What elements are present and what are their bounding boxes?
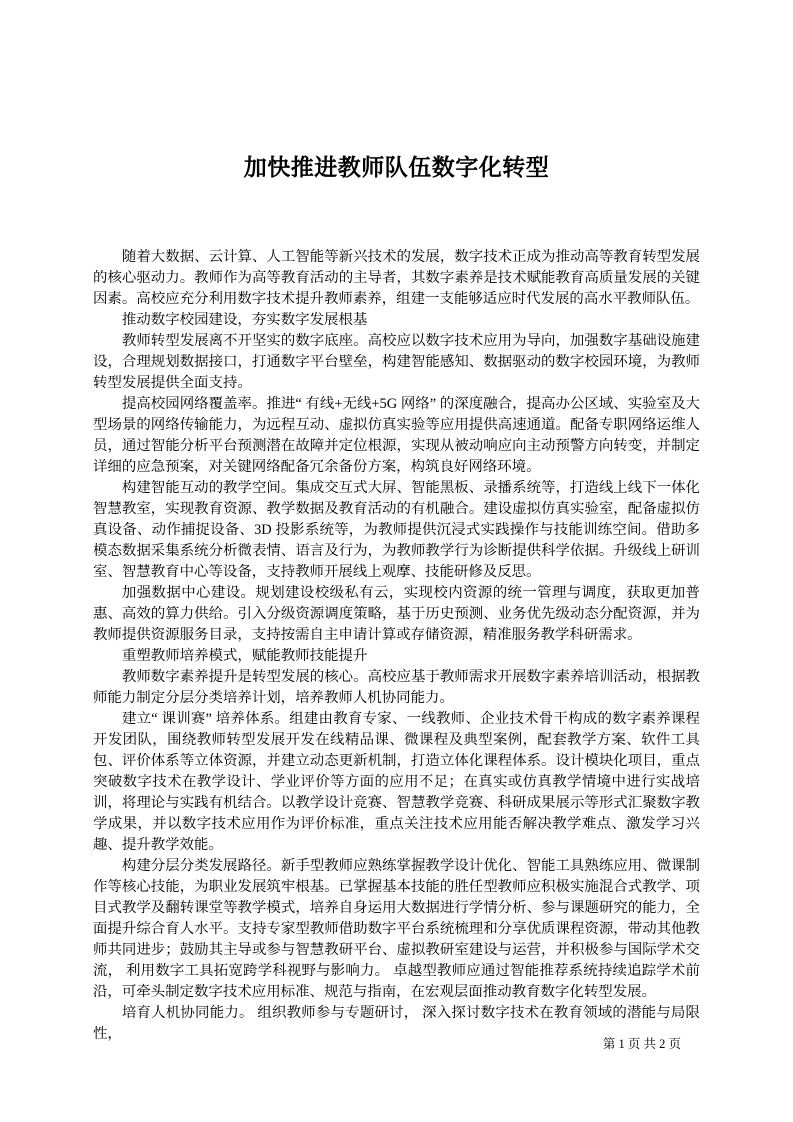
- paragraph-digital-literacy: 教师数字素养提升是转型发展的核心。高校应基于教师需求开展数字素养培训活动，根据教…: [93, 667, 700, 709]
- paragraph-smart-teaching-space: 构建智能互动的教学空间。集成交互式大屏、智能黑板、录播系统等，打造线上线下一体化…: [93, 478, 700, 583]
- paragraph-network-coverage: 提高校园网络覆盖率。推进“ 有线+无线+5G 网络” 的深度融合，提高办公区域、…: [93, 394, 700, 478]
- section-heading-digital-campus: 推动数字校园建设，夯实数字发展根基: [93, 310, 700, 331]
- paragraph-data-center: 加强数据中心建设。规划建设校级私有云，实现校内资源的统一管理与调度，获取更加普惠…: [93, 583, 700, 646]
- paragraph-digital-foundation: 教师转型发展离不开坚实的数字底座。高校应以数字技术应用为导向，加强数字基础设施建…: [93, 331, 700, 394]
- page-number-indicator: 第 1 页 共 2 页: [603, 1036, 681, 1052]
- document-title: 加快推进教师队伍数字化转型: [0, 153, 793, 183]
- document-page: 加快推进教师队伍数字化转型 随着大数据、云计算、人工智能等新兴技术的发展，数字技…: [0, 0, 793, 1122]
- section-heading-teacher-training: 重塑教师培养模式，赋能教师技能提升: [93, 646, 700, 667]
- document-body: 随着大数据、云计算、人工智能等新兴技术的发展，数字技术正成为推动高等教育转型发展…: [93, 247, 700, 1045]
- paragraph-training-system: 建立“ 课训赛” 培养体系。组建由教育专家、一线教师、企业技术骨干构成的数字素养…: [93, 709, 700, 856]
- paragraph-development-path: 构建分层分类发展路径。新手型教师应熟练掌握教学设计优化、智能工具熟练应用、微课制…: [93, 856, 700, 1003]
- paragraph-intro: 随着大数据、云计算、人工智能等新兴技术的发展，数字技术正成为推动高等教育转型发展…: [93, 247, 700, 310]
